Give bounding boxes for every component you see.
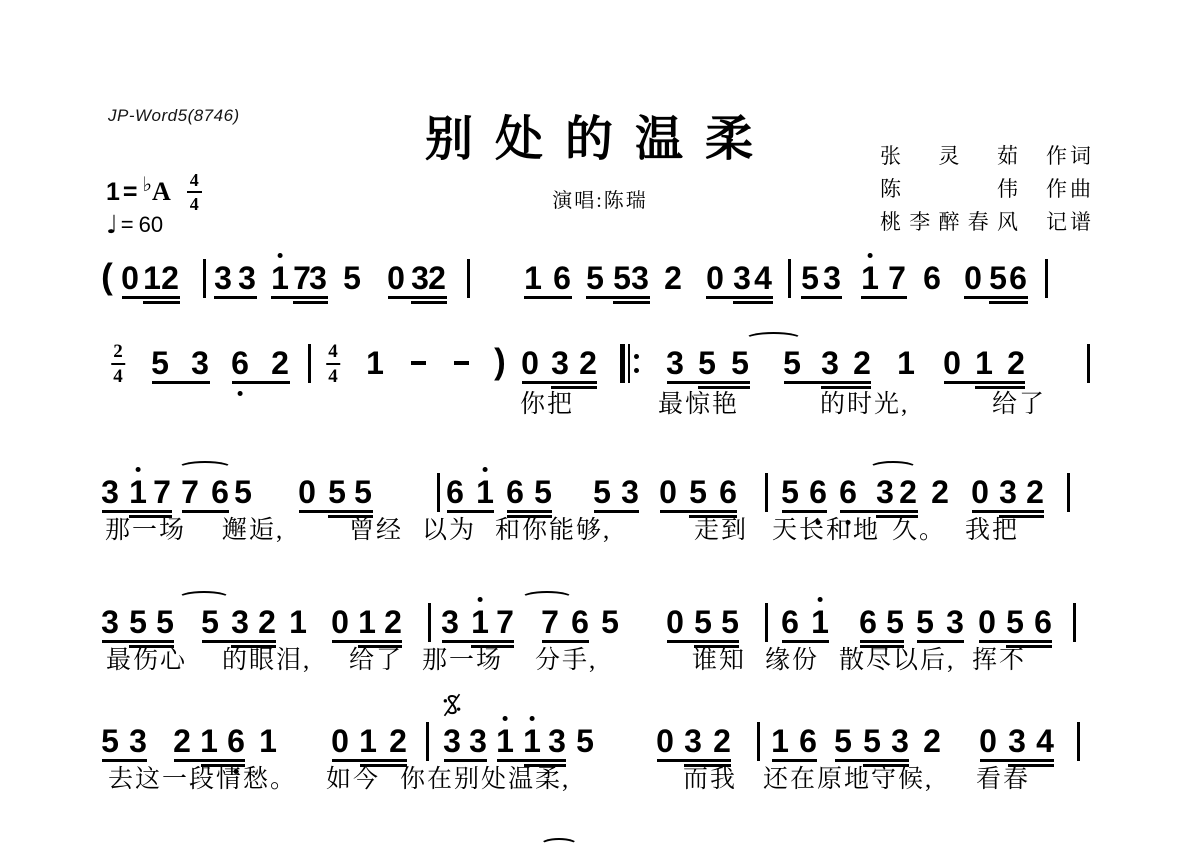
music-line: 532161012331135032165532034去这一段情愁。如今你在别处… <box>0 725 1200 815</box>
lyric-chunk: 给了 <box>349 646 403 676</box>
beam-line <box>122 296 180 299</box>
note: 3 <box>946 606 964 638</box>
note: 3 <box>733 262 751 294</box>
note: 4 <box>1036 725 1054 757</box>
note: 7 <box>496 606 514 638</box>
time-denominator: 4 <box>113 365 123 386</box>
lyric-chunk: 和你能够, <box>495 516 611 546</box>
note: 6 <box>1034 606 1052 638</box>
note: 7 <box>541 606 559 638</box>
note: 3 <box>551 347 569 379</box>
note: 3 <box>684 725 702 757</box>
note: 5 <box>698 347 716 379</box>
beam-line <box>784 381 871 384</box>
lyric-chunk: 缘份 <box>765 646 819 676</box>
beam-line <box>522 381 597 384</box>
beam-line <box>202 640 276 643</box>
note: 2 <box>161 262 179 294</box>
beam-line <box>102 510 172 513</box>
barline <box>437 473 440 512</box>
note: 5 <box>156 606 174 638</box>
note: 2 <box>258 606 276 638</box>
note: 2 <box>384 606 402 638</box>
beam-line <box>660 510 737 513</box>
lyric-chunk: 最惊艳 <box>658 390 739 420</box>
beam-line <box>497 759 566 762</box>
score: (01233173503216553203453176056245362441)… <box>0 0 1200 850</box>
lyric-chunk: 去这一段情愁。 <box>108 765 297 795</box>
dash-rest <box>411 361 426 365</box>
beam-line <box>979 640 1052 643</box>
beam-line <box>667 640 739 643</box>
note: 3 <box>129 725 147 757</box>
beam-line <box>271 296 328 299</box>
note: 0 <box>521 347 539 379</box>
note: 6 <box>799 725 817 757</box>
note: 5 <box>534 476 552 508</box>
note: 6 <box>719 476 737 508</box>
beam-line <box>232 381 290 384</box>
note: 0 <box>331 606 349 638</box>
beam-line <box>860 640 904 643</box>
beam-line <box>524 296 572 299</box>
note: 0 <box>387 262 405 294</box>
note: 5 <box>731 347 749 379</box>
note: 5 <box>343 262 361 294</box>
beam-line <box>102 640 174 643</box>
dash-rest <box>454 361 469 365</box>
repeat-dot <box>634 368 639 373</box>
lyric-chunk: 天长和地 <box>772 516 880 546</box>
note: 5 <box>886 606 904 638</box>
note: 1 <box>524 262 542 294</box>
note: 5 <box>781 476 799 508</box>
beam-line <box>613 301 650 304</box>
note: 1 <box>259 725 277 757</box>
note: 5 <box>586 262 604 294</box>
note: 3 <box>469 725 487 757</box>
beam-line <box>975 386 1025 389</box>
slur-arc <box>521 591 573 605</box>
lyric-chunk: 最伤心 <box>106 646 187 676</box>
note: 5 <box>863 725 881 757</box>
parenthesis: ( <box>101 259 113 294</box>
note: 3 <box>821 347 839 379</box>
note: 5 <box>576 725 594 757</box>
lyric-chunk: 你把 <box>520 390 574 420</box>
note: 0 <box>971 476 989 508</box>
sheet-page: JP-Word5(8746) 别处的温柔 演唱:陈瑞 张灵茹作词陈伟作曲桃李醉春… <box>0 0 1200 850</box>
beam-line <box>586 296 650 299</box>
barline <box>428 603 431 642</box>
beam-line <box>944 381 1025 384</box>
note: 3 <box>411 262 429 294</box>
barline <box>1045 259 1048 298</box>
time-denominator: 4 <box>328 365 338 386</box>
lyric-chunk: 看春 <box>976 765 1030 795</box>
repeat-thick-bar <box>620 344 625 383</box>
note: 5 <box>234 476 252 508</box>
beam-line <box>411 301 447 304</box>
note: 3 <box>443 725 461 757</box>
lyric-chunk: 我把 <box>965 516 1019 546</box>
lyric-chunk: 以为 <box>422 516 476 546</box>
music-line: 317765055616553056566322032那一场邂逅,曾经以为和你能… <box>0 476 1200 566</box>
note: 0 <box>706 262 724 294</box>
octave-dot-above <box>529 716 534 721</box>
note: 1 <box>861 262 879 294</box>
beam-line <box>143 301 180 304</box>
note: 7 <box>888 262 906 294</box>
note: 1 <box>129 476 147 508</box>
note: 5 <box>151 347 169 379</box>
time-signature: 44 <box>326 342 340 386</box>
note: 3 <box>823 262 841 294</box>
barline <box>308 344 311 383</box>
beam-line <box>594 510 639 513</box>
lyric-chunk: 那一场 <box>105 516 186 546</box>
note: 1 <box>771 725 789 757</box>
repeat-dot <box>634 354 639 359</box>
note: 5 <box>328 476 346 508</box>
lyric-chunk: 走到 <box>694 516 748 546</box>
beam-line <box>801 296 842 299</box>
note: 5 <box>916 606 934 638</box>
barline <box>1067 473 1070 512</box>
beam-line <box>102 759 147 762</box>
note: 1 <box>897 347 915 379</box>
slur-arc <box>745 332 802 346</box>
note: 3 <box>101 606 119 638</box>
note: 3 <box>231 606 249 638</box>
note: 2 <box>389 725 407 757</box>
note: 5 <box>101 725 119 757</box>
note: 2 <box>428 262 446 294</box>
beam-line <box>667 381 750 384</box>
lyric-chunk: 你在别处温柔, <box>400 765 570 795</box>
note: 3 <box>666 347 684 379</box>
note: 3 <box>548 725 566 757</box>
time-numerator: 2 <box>111 342 125 365</box>
note: 3 <box>238 262 256 294</box>
note: 5 <box>689 476 707 508</box>
note: 4 <box>754 262 772 294</box>
note: 0 <box>659 476 677 508</box>
note: 6 <box>446 476 464 508</box>
lyric-chunk: 曾经 <box>349 516 403 546</box>
note: 0 <box>666 606 684 638</box>
note: 6 <box>553 262 571 294</box>
note: 3 <box>191 347 209 379</box>
note: 0 <box>298 476 316 508</box>
note: 2 <box>173 725 191 757</box>
slur-arc <box>178 591 230 605</box>
barline <box>467 259 470 298</box>
note: 0 <box>979 725 997 757</box>
note: 5 <box>1006 606 1024 638</box>
beam-line <box>214 296 257 299</box>
lyric-chunk: 的时光, <box>820 390 909 420</box>
beam-line <box>972 510 1044 513</box>
lyric-chunk: 邂逅, <box>222 516 284 546</box>
beam-line <box>782 510 827 513</box>
barline <box>765 473 768 512</box>
note: 2 <box>853 347 871 379</box>
beam-line <box>964 296 1028 299</box>
music-line: 3555321012317765055616553056最伤心的眼泪,给了那一场… <box>0 606 1200 696</box>
note: 6 <box>211 476 229 508</box>
beam-line <box>706 296 773 299</box>
note: 6 <box>859 606 877 638</box>
beam-line <box>772 759 817 762</box>
note: 1 <box>471 606 489 638</box>
octave-dot-above <box>482 467 487 472</box>
note: 1 <box>523 725 541 757</box>
beam-line <box>917 640 964 643</box>
note: 2 <box>1026 476 1044 508</box>
parenthesis: ) <box>494 344 506 379</box>
note: 1 <box>496 725 514 757</box>
segno-icon <box>442 692 462 718</box>
beam-line <box>698 386 750 389</box>
time-signature: 24 <box>111 342 125 386</box>
note: 5 <box>613 262 631 294</box>
note: 6 <box>227 725 245 757</box>
lyric-chunk: 分手, <box>535 646 597 676</box>
lyric-chunk: 那一场 <box>422 646 503 676</box>
note: 6 <box>809 476 827 508</box>
note: 5 <box>354 476 372 508</box>
octave-dot-above <box>477 597 482 602</box>
barline <box>1087 344 1090 383</box>
repeat-sign <box>620 344 639 383</box>
beam-line <box>174 759 245 762</box>
note: 3 <box>876 476 894 508</box>
octave-dot-above <box>817 597 822 602</box>
beam-line <box>840 510 918 513</box>
note: 5 <box>201 606 219 638</box>
beam-line <box>542 640 589 643</box>
lyric-chunk: 散尽以后, <box>839 646 955 676</box>
note: 1 <box>358 606 376 638</box>
beam-line <box>507 510 552 513</box>
repeat-dots <box>634 344 639 383</box>
note: 5 <box>801 262 819 294</box>
note: 3 <box>441 606 459 638</box>
note: 7 <box>153 476 171 508</box>
barline <box>765 603 768 642</box>
note: 5 <box>593 476 611 508</box>
beam-line <box>989 301 1028 304</box>
note: 6 <box>839 476 857 508</box>
beam-line <box>551 386 597 389</box>
beam-line <box>332 759 407 762</box>
beam-line <box>152 381 210 384</box>
note: 5 <box>834 725 852 757</box>
lyric-chunk: 而我 <box>683 765 737 795</box>
note: 0 <box>121 262 139 294</box>
note: 2 <box>899 476 917 508</box>
note: 6 <box>1009 262 1027 294</box>
note: 5 <box>783 347 801 379</box>
beam-line <box>733 301 773 304</box>
lyric-chunk: 久。 <box>892 516 946 546</box>
note: 1 <box>811 606 829 638</box>
note: 3 <box>101 476 119 508</box>
slur-arc <box>869 461 917 475</box>
beam-line <box>444 759 487 762</box>
note: 6 <box>781 606 799 638</box>
note: 1 <box>289 606 307 638</box>
segno-glyph <box>442 692 462 718</box>
lyric-chunk: 如今 <box>326 765 380 795</box>
note: 1 <box>200 725 218 757</box>
lyric-chunk: 给了 <box>992 390 1046 420</box>
barline <box>1077 722 1080 761</box>
beam-line <box>388 296 447 299</box>
beam-line <box>293 301 328 304</box>
note: 5 <box>989 262 1007 294</box>
lyric-chunk: 的眼泪, <box>222 646 311 676</box>
note: 5 <box>694 606 712 638</box>
beam-line <box>442 640 514 643</box>
time-numerator: 4 <box>326 342 340 365</box>
note: 2 <box>664 262 682 294</box>
octave-dot-above <box>502 716 507 721</box>
beam-line <box>182 510 229 513</box>
note: 0 <box>331 725 349 757</box>
note: 5 <box>129 606 147 638</box>
note: 0 <box>943 347 961 379</box>
note: 6 <box>506 476 524 508</box>
beam-line <box>299 510 373 513</box>
beam-line <box>657 759 731 762</box>
note: 0 <box>656 725 674 757</box>
note: 1 <box>476 476 494 508</box>
lyric-chunk: 挥不 <box>972 646 1026 676</box>
beam-line <box>980 759 1054 762</box>
note: 2 <box>931 476 949 508</box>
note: 1 <box>271 262 289 294</box>
beam-line <box>835 759 909 762</box>
octave-dot-above <box>867 253 872 258</box>
note: 1 <box>143 262 161 294</box>
beam-line <box>447 510 494 513</box>
note: 2 <box>579 347 597 379</box>
octave-dot-above <box>277 253 282 258</box>
barline <box>757 722 760 761</box>
music-line: (01233173503216553203453176056 <box>0 262 1200 352</box>
note: 6 <box>571 606 589 638</box>
barline <box>203 259 206 298</box>
beam-line <box>332 640 402 643</box>
beam-line <box>821 386 871 389</box>
music-line: 245362441)0323555321012你把最惊艳的时光,给了 <box>0 347 1200 437</box>
octave-dot-below <box>237 391 242 396</box>
note: 3 <box>621 476 639 508</box>
note: 0 <box>978 606 996 638</box>
note: 1 <box>366 347 384 379</box>
note: 0 <box>964 262 982 294</box>
partial-slur-arc <box>540 838 578 850</box>
note: 2 <box>923 725 941 757</box>
note: 3 <box>309 262 327 294</box>
note: 6 <box>923 262 941 294</box>
note: 6 <box>231 347 249 379</box>
note: 2 <box>271 347 289 379</box>
note: 3 <box>1008 725 1026 757</box>
repeat-thin-bar <box>628 344 630 383</box>
note: 3 <box>891 725 909 757</box>
note: 3 <box>999 476 1017 508</box>
note: 3 <box>631 262 649 294</box>
note: 2 <box>1007 347 1025 379</box>
lyric-chunk: 谁知 <box>692 646 746 676</box>
slur-arc <box>178 461 232 475</box>
beam-line <box>861 296 907 299</box>
note: 1 <box>359 725 377 757</box>
barline <box>426 722 429 761</box>
barline <box>788 259 791 298</box>
note: 5 <box>601 606 619 638</box>
octave-dot-above <box>135 467 140 472</box>
note: 7 <box>181 476 199 508</box>
lyric-chunk: 还在原地守候, <box>763 765 933 795</box>
note: 5 <box>721 606 739 638</box>
barline <box>1073 603 1076 642</box>
beam-line <box>782 640 829 643</box>
note: 3 <box>214 262 232 294</box>
note: 1 <box>975 347 993 379</box>
note: 2 <box>713 725 731 757</box>
